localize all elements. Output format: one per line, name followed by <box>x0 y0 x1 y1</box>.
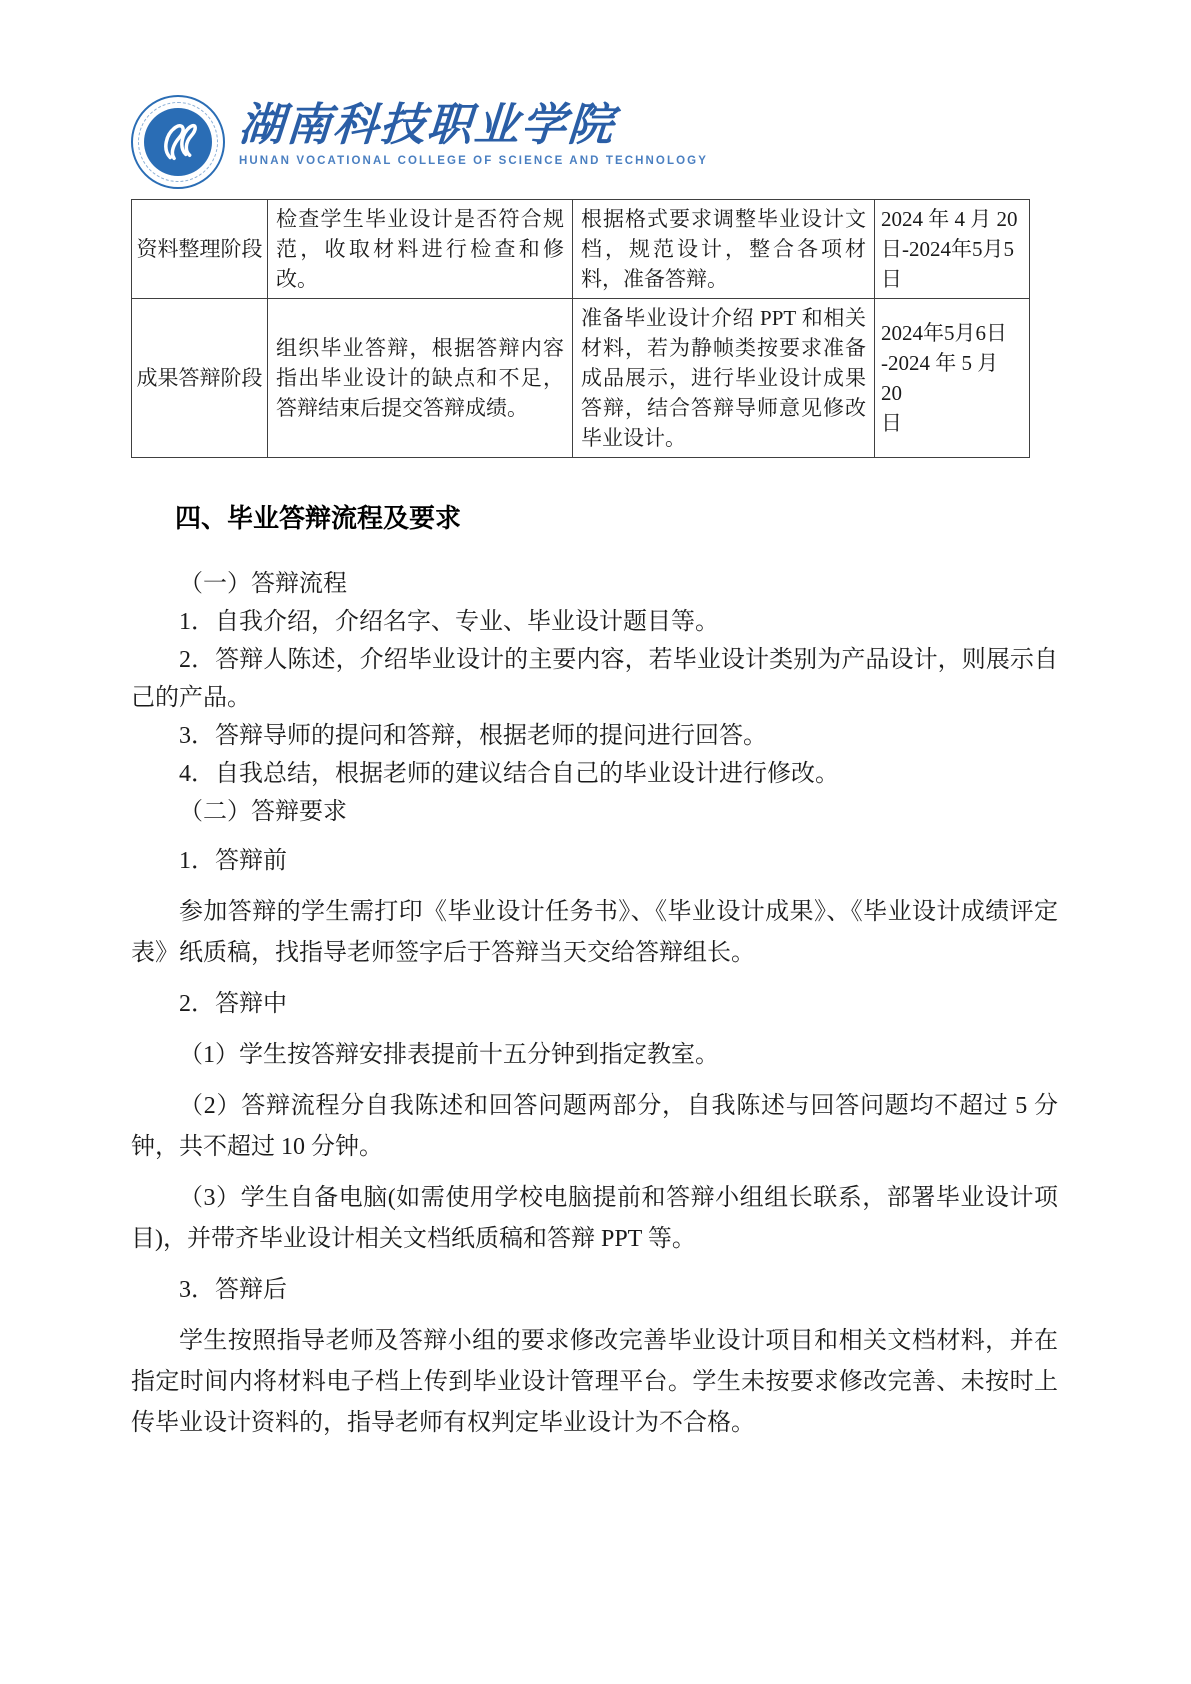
subheading-defense-process: （一）答辩流程 <box>131 565 1058 603</box>
table-row-defense-stage: 成果答辩阶段 组织毕业答辩，根据答辩内容指出毕业设计的缺点和不足，答辩结束后提交… <box>132 299 1030 458</box>
document-page: 湖南科技职业学院 HUNAN VOCATIONAL COLLEGE OF SCI… <box>0 0 1191 1684</box>
subheading-after-defense: 3．答辩后 <box>131 1270 1058 1311</box>
subheading-before-defense: 1．答辩前 <box>131 841 1058 882</box>
list-item-4: 4．自我总结，根据老师的建议结合自己的毕业设计进行修改。 <box>131 755 1058 793</box>
school-name-chinese: 湖南科技职业学院 <box>237 101 709 151</box>
dates-cell: 2024 年 4 月 20 日-2024年5月5 日 <box>875 200 1030 299</box>
logo-core <box>144 108 212 176</box>
subheading-during-defense: 2．答辩中 <box>131 984 1058 1025</box>
table-row-material-stage: 资料整理阶段 检查学生毕业设计是否符合规范，收取材料进行检查和修改。 根据格式要… <box>132 200 1030 299</box>
school-titles: 湖南科技职业学院 HUNAN VOCATIONAL COLLEGE OF SCI… <box>239 95 708 167</box>
paragraph-before-defense: 参加答辩的学生需打印《毕业设计任务书》、《毕业设计成果》、《毕业设计成绩评定表》… <box>131 892 1058 974</box>
task-cell: 组织毕业答辩，根据答辩内容指出毕业设计的缺点和不足，答辩结束后提交答辩成绩。 <box>268 299 573 458</box>
school-name-english: HUNAN VOCATIONAL COLLEGE OF SCIENCE AND … <box>239 155 708 167</box>
dates-cell: 2024年5月6日 -2024 年 5 月 20 日 <box>875 299 1030 458</box>
logo-glyph-icon <box>150 114 206 170</box>
subheading-defense-requirements: （二）答辩要求 <box>131 793 1058 831</box>
during-item-2: （2）答辩流程分自我陈述和回答问题两部分，自我陈述与回答问题均不超过 5 分钟，… <box>131 1086 1058 1168</box>
schedule-table: 资料整理阶段 检查学生毕业设计是否符合规范，收取材料进行检查和修改。 根据格式要… <box>131 199 1030 458</box>
list-item-3: 3．答辩导师的提问和答辩，根据老师的提问进行回答。 <box>131 717 1058 755</box>
requirement-cell: 根据格式要求调整毕业设计文档，规范设计，整合各项材料，准备答辩。 <box>573 200 875 299</box>
during-item-3: （3）学生自备电脑(如需使用学校电脑提前和答辩小组组长联系，部署毕业设计项目)，… <box>131 1178 1058 1260</box>
paragraph-after-defense: 学生按照指导老师及答辩小组的要求修改完善毕业设计项目和相关文档材料，并在指定时间… <box>131 1321 1058 1444</box>
task-cell: 检查学生毕业设计是否符合规范，收取材料进行检查和修改。 <box>268 200 573 299</box>
section-heading: 四、毕业答辩流程及要求 <box>131 498 1058 535</box>
requirement-cell: 准备毕业设计介绍 PPT 和相关材料，若为静帧类按要求准备成品展示，进行毕业设计… <box>573 299 875 458</box>
school-logo <box>131 95 225 189</box>
list-item-2: 2．答辩人陈述，介绍毕业设计的主要内容，若毕业设计类别为产品设计，则展示自己的产… <box>131 641 1058 717</box>
stage-cell: 资料整理阶段 <box>132 200 268 299</box>
school-header: 湖南科技职业学院 HUNAN VOCATIONAL COLLEGE OF SCI… <box>131 95 1058 187</box>
list-item-1: 1．自我介绍，介绍名字、专业、毕业设计题目等。 <box>131 603 1058 641</box>
stage-cell: 成果答辩阶段 <box>132 299 268 458</box>
during-item-1: （1）学生按答辩安排表提前十五分钟到指定教室。 <box>131 1035 1058 1076</box>
